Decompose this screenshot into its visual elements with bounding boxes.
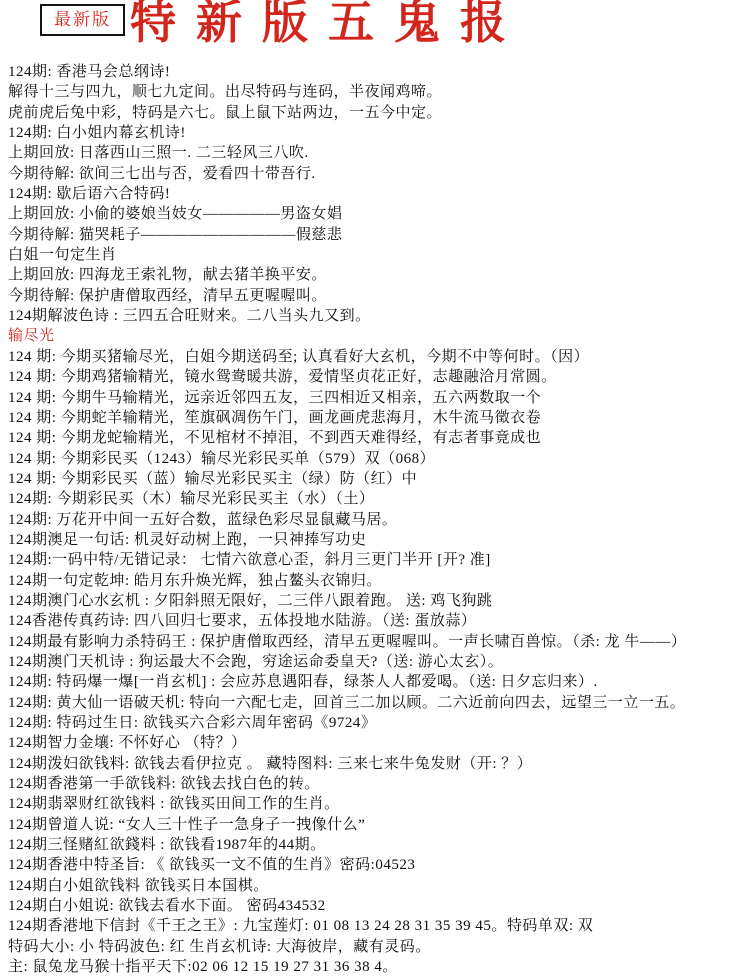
report-line: 124香港传真药诗: 四八回归七要求，五体投地水陆游。（送: 蛋放蒜） <box>8 611 736 631</box>
report-line: 今期待解: 保护唐僧取西经，清早五更喔喔叫。 <box>8 286 736 306</box>
report-line: 124期白小姐说: 欲钱去看水下面。 密码434532 <box>8 896 736 916</box>
report-line: 124 期: 今期蛇羊输精光，笙旗砜凋伤午门，画龙画虎悲海月，木牛流马徵衣卷 <box>8 408 736 428</box>
report-line: 124期曾道人说: “女人三十性子一急身子一拽像什么” <box>8 815 736 835</box>
report-line: 124期澳门天机诗 : 狗运最大不会跑，穷途运命委皇天?（送: 游心太玄）。 <box>8 652 736 672</box>
report-header: 最新版 特新版五鬼报 <box>0 0 736 58</box>
report-line: 解得十三与四九，顺七九定间。出尽特码与连码，半夜闻鸡啼。 <box>8 82 736 102</box>
report-line: 124期解波色诗 : 三四五合旺财来。二八当头九又到。 <box>8 306 736 326</box>
report-line: 124期: 今期彩民买（木）输尽光彩民买主（水）（土） <box>8 489 736 509</box>
report-line: 124期香港中特圣旨: 《 欲钱买一文不值的生肖》密码:04523 <box>8 855 736 875</box>
report-line: 124期: 特码过生日: 欲钱买六合彩六周年密码《9724》 <box>8 713 736 733</box>
report-line: 124期: 香港马会总纲诗! <box>8 62 736 82</box>
report-line: 124期翡翠财红欲钱料 : 欲钱买田间工作的生肖。 <box>8 794 736 814</box>
report-line: 主: 鼠兔龙马猴十指平天下:02 06 12 15 19 27 31 36 38… <box>8 957 736 977</box>
report-line: 124期泼妇欲钱料: 欲钱去看伊拉克 。 藏特图料: 三来七来牛兔发财（开: ？… <box>8 754 736 774</box>
report-line: 124期白小姐欲钱料 欲钱买日本国棋。 <box>8 876 736 896</box>
latest-edition-badge: 最新版 <box>40 4 125 36</box>
report-line: 输尽光 <box>8 326 736 346</box>
report-line: 124 期: 今期牛马输精光，远亲近邻四五友，三四相近又相亲，五六两数取一个 <box>8 388 736 408</box>
report-line: 124 期: 今期龙蛇输精光，不见棺材不掉泪，不到西天难得经，有志者事竟成也 <box>8 428 736 448</box>
report-line: 124期: 万花开中间一五好合数，蓝绿色彩尽显鼠藏马居。 <box>8 510 736 530</box>
report-line: 上期回放: 日落西山三照一. 二三轻风三八吹. <box>8 143 736 163</box>
report-line: 124期香港第一手欲钱料: 欲钱去找白色的转。 <box>8 774 736 794</box>
report-line: 124期:一码中特/无错记录： 七情六欲意心歪，斜月三更门半开 [开? 准] <box>8 550 736 570</box>
report-line: 124期最有影响力杀特码王 : 保护唐僧取西经，清早五更喔喔叫。一声长啸百兽惊。… <box>8 632 736 652</box>
report-line: 虎前虎后兔中彩，特码是六七。鼠上鼠下站两边，一五今中定。 <box>8 103 736 123</box>
report-line: 上期回放: 四海龙王索礼物，献去猪羊换平安。 <box>8 265 736 285</box>
report-line: 124期澳足一句话: 机灵好动树上跑，一只神捧写功史 <box>8 530 736 550</box>
report-line: 124期澳门心水玄机 : 夕阳斜照无限好，二三伴八跟着跑。 送: 鸡飞狗跳 <box>8 591 736 611</box>
report-line: 124 期: 今期买猪输尽光，白姐今期送码至; 认真看好大玄机，今期不中等何时。… <box>8 347 736 367</box>
report-line: 124期: 特码爆一爆[一肖玄机] : 会应苏息遇阳春，绿茶人人都爱喝。（送: … <box>8 672 736 692</box>
report-line: 124 期: 今期彩民买（蓝）输尽光彩民买主（绿）防（红）中 <box>8 469 736 489</box>
report-line: 124期三怪赌紅欲錢料 : 欲钱看1987年的44期。 <box>8 835 736 855</box>
page-title: 特新版五鬼报 <box>130 0 526 52</box>
report-line: 今期待解: 欲间三七出与否，爱看四十带吾行. <box>8 164 736 184</box>
report-body: 124期: 香港马会总纲诗!解得十三与四九，顺七九定间。出尽特码与连码，半夜闻鸡… <box>0 58 736 977</box>
report-line: 124期: 歇后语六合特码! <box>8 184 736 204</box>
report-line: 124 期: 今期彩民买（1243）输尽光彩民买单（579）双（068） <box>8 449 736 469</box>
report-line: 特码大小: 小 特码波色: 红 生肖玄机诗: 大海彼岸，藏有灵码。 <box>8 937 736 957</box>
report-line: 白姐一句定生肖 <box>8 245 736 265</box>
report-line: 124期一句定乾坤: 皓月东升焕光辉，独占鳌头衣锦归。 <box>8 571 736 591</box>
report-line: 124期香港地下信封《千王之王》: 九宝莲灯: 01 08 13 24 28 3… <box>8 916 736 936</box>
report-line: 124期: 黄大仙一语破天机: 特向一六配七走，回首三二加以顾。二六近前向四去，… <box>8 693 736 713</box>
report-line: 上期回放: 小偷的婆娘当妓女—————男盗女娼 <box>8 204 736 224</box>
report-line: 124期智力金壤: 不怀好心 （特？） <box>8 733 736 753</box>
report-line: 124期: 白小姐内幕玄机诗! <box>8 123 736 143</box>
report-line: 124 期: 今期鸡猪输精光，镜水鸳鸯暖共游，爱情坚贞花正好，志趣融洽月常圆。 <box>8 367 736 387</box>
report-line: 今期待解: 猫哭耗子——————————假慈悲 <box>8 225 736 245</box>
five-ghost-report-page: 最新版 特新版五鬼报 124期: 香港马会总纲诗!解得十三与四九，顺七九定间。出… <box>0 0 736 980</box>
